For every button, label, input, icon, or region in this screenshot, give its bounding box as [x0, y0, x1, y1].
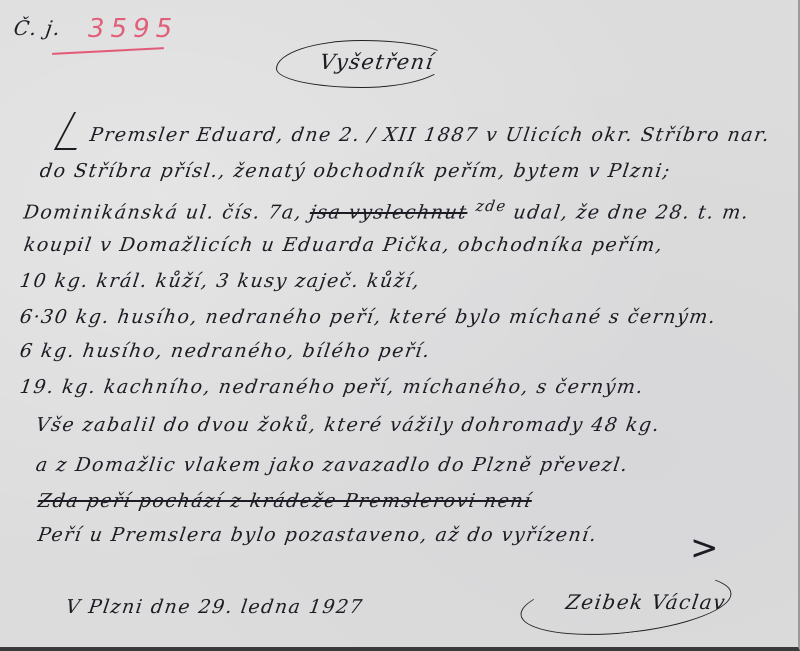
reference-label: Č. j.	[12, 16, 63, 40]
signature: Zeibek Václav	[564, 590, 727, 614]
body-line-2: do Stříbra přísl., ženatý obchodník peří…	[38, 160, 672, 182]
body-line-5: 10 kg. král. kůží, 3 kusy zaječ. kůží,	[18, 270, 422, 292]
title-block: Vyšetření	[276, 36, 456, 92]
body-line-3-start: Dominikánská ul. čís. 7a,	[22, 201, 304, 223]
document-page: Č. j. 3595 Vyšetření Premsler Eduard, dn…	[0, 0, 800, 651]
body-line-6: 6·30 kg. husího, nedraného peří, které b…	[18, 306, 717, 328]
inserted-word: zde	[475, 197, 508, 215]
struck-line: Zda peří pochází z krádeže Premslerovi n…	[36, 490, 533, 512]
closing-mark-icon: >	[690, 528, 719, 568]
document-title: Vyšetření	[318, 50, 435, 74]
reference-underline	[52, 47, 164, 55]
body-line-3: Dominikánská ul. čís. 7a, jsa vyslechnut…	[22, 197, 751, 223]
body-line-3-end: udal, že dne 28. t. m.	[512, 201, 751, 223]
place-date: V Plzni dne 29. ledna 1927	[64, 596, 364, 618]
body-line-4: koupil v Domažlicích u Eduarda Pička, ob…	[22, 234, 665, 256]
reference-number: 3595	[88, 14, 178, 44]
body-line-8: 19. kg. kachního, nedraného peří, míchan…	[18, 376, 645, 398]
struck-text: jsa vyslechnut	[308, 201, 469, 223]
body-line-10: a z Domažlic vlakem jako zavazadlo do Pl…	[34, 454, 630, 476]
body-line-9: Vše zabalil do dvou žoků, které vážily d…	[34, 414, 661, 436]
body-line-12: Peří u Premslera bylo pozastaveno, až do…	[36, 524, 598, 546]
body-line-7: 6 kg. husího, nedraného, bílého peří.	[18, 340, 432, 362]
body-line-1: Premsler Eduard, dne 2. / XII 1887 v Uli…	[88, 124, 771, 146]
